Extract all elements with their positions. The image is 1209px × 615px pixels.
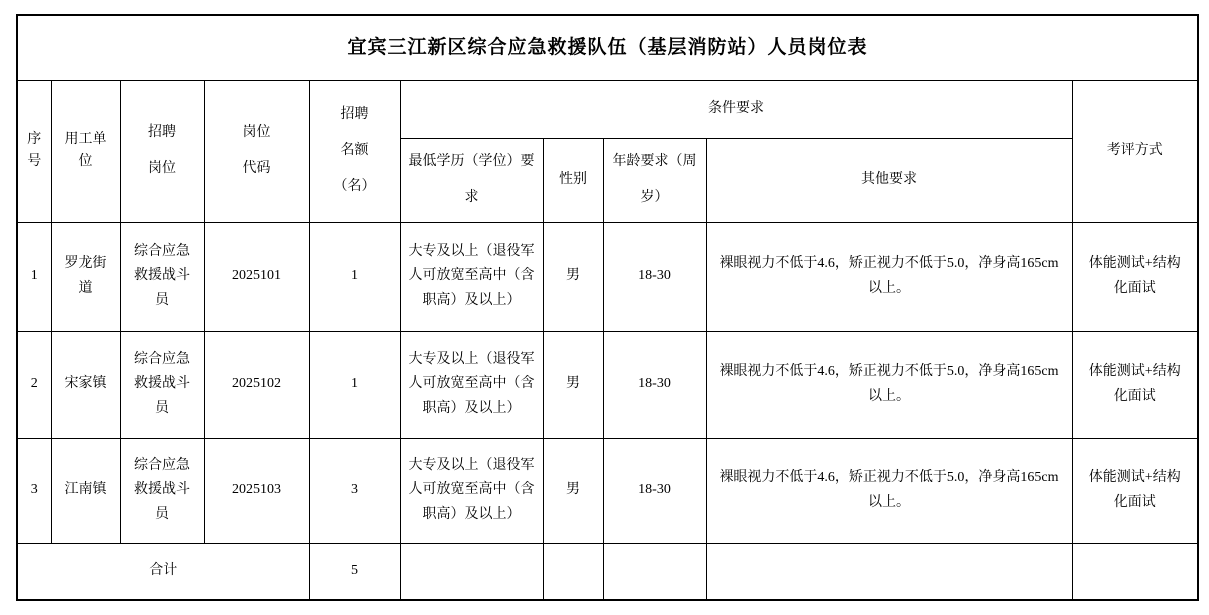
cell-evaluation: 体能测试+结构化面试	[1072, 331, 1198, 438]
cell-education: 大专及以上（退役军人可放宽至高中（含职高）及以上）	[400, 222, 543, 331]
cell-code: 2025102	[204, 331, 309, 438]
cell-code: 2025101	[204, 222, 309, 331]
footer-row: 合计 5	[17, 543, 1198, 600]
cell-position: 综合应急救援战斗员	[120, 438, 204, 543]
cell-quota: 3	[309, 438, 400, 543]
cell-gender: 男	[543, 331, 603, 438]
cell-position: 综合应急救援战斗员	[120, 222, 204, 331]
cell-employer: 罗龙街道	[51, 222, 120, 331]
footer-empty-cell	[1072, 543, 1198, 600]
header-quota: 招聘 名额 （名）	[309, 80, 400, 222]
cell-employer: 宋家镇	[51, 331, 120, 438]
header-age: 年龄要求（周岁）	[603, 138, 706, 222]
cell-seq: 1	[17, 222, 51, 331]
page-title: 宜宾三江新区综合应急救援队伍（基层消防站）人员岗位表	[17, 15, 1198, 80]
footer-empty-cell	[400, 543, 543, 600]
cell-employer: 江南镇	[51, 438, 120, 543]
cell-age: 18-30	[603, 438, 706, 543]
table-row: 2 宋家镇 综合应急救援战斗员 2025102 1 大专及以上（退役军人可放宽至…	[17, 331, 1198, 438]
header-row-1: 序号 用工单位 招聘 岗位 岗位 代码 招聘 名额 （名） 条件要求 考评方式	[17, 80, 1198, 138]
header-code: 岗位 代码	[204, 80, 309, 222]
footer-total-label: 合计	[17, 543, 309, 600]
header-other: 其他要求	[706, 138, 1072, 222]
cell-other: 裸眼视力不低于4.6，矫正视力不低于5.0，净身高165cm以上。	[706, 331, 1072, 438]
cell-education: 大专及以上（退役军人可放宽至高中（含职高）及以上）	[400, 331, 543, 438]
cell-quota: 1	[309, 222, 400, 331]
header-education: 最低学历（学位）要求	[400, 138, 543, 222]
cell-evaluation: 体能测试+结构化面试	[1072, 438, 1198, 543]
cell-code: 2025103	[204, 438, 309, 543]
footer-empty-cell	[543, 543, 603, 600]
cell-gender: 男	[543, 222, 603, 331]
cell-gender: 男	[543, 438, 603, 543]
cell-seq: 3	[17, 438, 51, 543]
position-table: 宜宾三江新区综合应急救援队伍（基层消防站）人员岗位表 序号 用工单位 招聘 岗位…	[16, 14, 1199, 601]
cell-other: 裸眼视力不低于4.6，矫正视力不低于5.0，净身高165cm以上。	[706, 438, 1072, 543]
header-position: 招聘 岗位	[120, 80, 204, 222]
footer-total-value: 5	[309, 543, 400, 600]
cell-position: 综合应急救援战斗员	[120, 331, 204, 438]
cell-quota: 1	[309, 331, 400, 438]
cell-evaluation: 体能测试+结构化面试	[1072, 222, 1198, 331]
cell-age: 18-30	[603, 331, 706, 438]
header-evaluation: 考评方式	[1072, 80, 1198, 222]
header-seq: 序号	[17, 80, 51, 222]
footer-empty-cell	[603, 543, 706, 600]
header-employer: 用工单位	[51, 80, 120, 222]
cell-education: 大专及以上（退役军人可放宽至高中（含职高）及以上）	[400, 438, 543, 543]
table-row: 3 江南镇 综合应急救援战斗员 2025103 3 大专及以上（退役军人可放宽至…	[17, 438, 1198, 543]
table-row: 1 罗龙街道 综合应急救援战斗员 2025101 1 大专及以上（退役军人可放宽…	[17, 222, 1198, 331]
title-row: 宜宾三江新区综合应急救援队伍（基层消防站）人员岗位表	[17, 15, 1198, 80]
cell-other: 裸眼视力不低于4.6，矫正视力不低于5.0，净身高165cm以上。	[706, 222, 1072, 331]
cell-age: 18-30	[603, 222, 706, 331]
header-gender: 性别	[543, 138, 603, 222]
cell-seq: 2	[17, 331, 51, 438]
header-conditions: 条件要求	[400, 80, 1072, 138]
footer-empty-cell	[706, 543, 1072, 600]
